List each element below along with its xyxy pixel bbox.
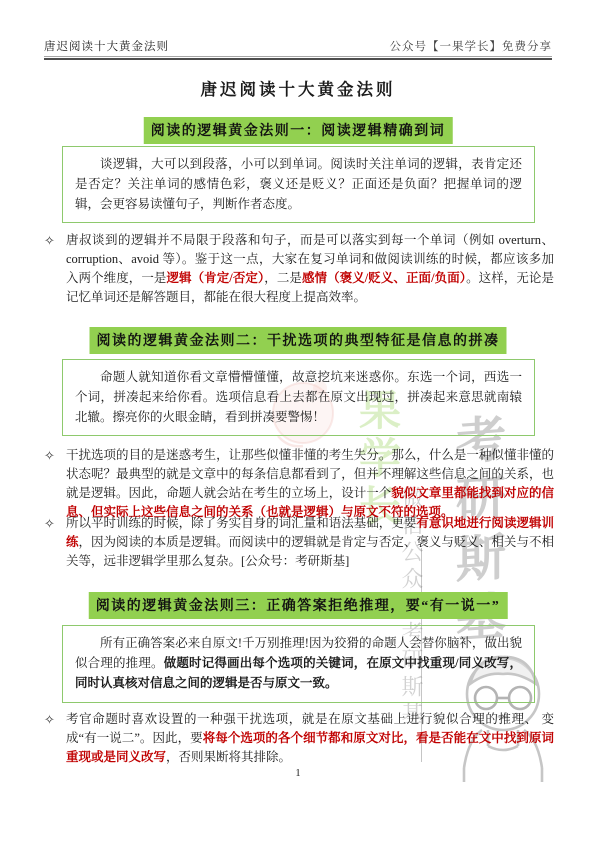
document-page: 果学长 考研斯基 微信公众号考研斯基 唐迟阅读十大黄金法则 公众号【一果学长】免… xyxy=(0,0,596,842)
diamond-bullet-icon: ✧ xyxy=(44,711,55,730)
header-left-title: 唐迟阅读十大黄金法则 xyxy=(44,38,169,54)
header-right-note: 公众号【一果学长】免费分享 xyxy=(390,38,553,54)
diamond-bullet-icon: ✧ xyxy=(44,515,55,534)
page-number: 1 xyxy=(0,768,596,779)
diamond-bullet-icon: ✧ xyxy=(44,232,55,251)
bullet-text: 唐叔谈到的逻辑并不局限于段落和句子，而是可以落实到每一个单词（例如 overtu… xyxy=(66,233,554,304)
header-divider-line xyxy=(44,56,552,60)
document-title: 唐迟阅读十大黄金法则 xyxy=(0,76,596,100)
rule-3-bullet-paragraph: ✧考官命题时喜欢设置的一种强干扰选项，就是在原文基础上进行貌似合理的推理、 变成… xyxy=(44,710,554,767)
rule-3-heading: 阅读的逻辑黄金法则三：正确答案拒绝推理，要“有一说一” xyxy=(89,592,508,619)
rule-1-heading: 阅读的逻辑黄金法则一：阅读逻辑精确到词 xyxy=(144,117,453,144)
rule-3-summary-box: 所有正确答案必来自原文!千万别推理!因为狡猾的命题人会替你脑补，做出貌似合理的推… xyxy=(62,625,535,703)
bullet-text: 干扰选项的目的是迷惑考生，让那些似懂非懂的考生失分。那么，什么是一种似懂非懂的状… xyxy=(66,448,554,519)
rule-2-bullet-paragraph-1: ✧干扰选项的目的是迷惑考生，让那些似懂非懂的考生失分。那么，什么是一种似懂非懂的… xyxy=(44,446,554,522)
rule-1-summary-box: 谈逻辑，大可以到段落，小可以到单词。阅读时关注单词的逻辑，表肯定还是否定？关注单… xyxy=(62,146,535,223)
rule-1-bullet-paragraph: ✧唐叔谈到的逻辑并不局限于段落和句子，而是可以落实到每一个单词（例如 overt… xyxy=(44,231,554,307)
rule-2-heading: 阅读的逻辑黄金法则二：干扰选项的典型特征是信息的拼凑 xyxy=(90,327,507,354)
bullet-text: 考官命题时喜欢设置的一种强干扰选项，就是在原文基础上进行貌似合理的推理、 变成“… xyxy=(66,712,554,764)
rule-2-summary-box: 命题人就知道你看文章懵懵懂懂，故意挖坑来迷惑你。东选一个词，西选一个词，拼凑起来… xyxy=(62,359,535,436)
bullet-text: 所以平时训练的时候，除了务实自身的词汇量和语法基础，更要有意识地进行阅读逻辑训练… xyxy=(66,516,554,568)
diamond-bullet-icon: ✧ xyxy=(44,447,55,466)
rule-2-bullet-paragraph-2: ✧所以平时训练的时候，除了务实自身的词汇量和语法基础，更要有意识地进行阅读逻辑训… xyxy=(44,514,554,571)
